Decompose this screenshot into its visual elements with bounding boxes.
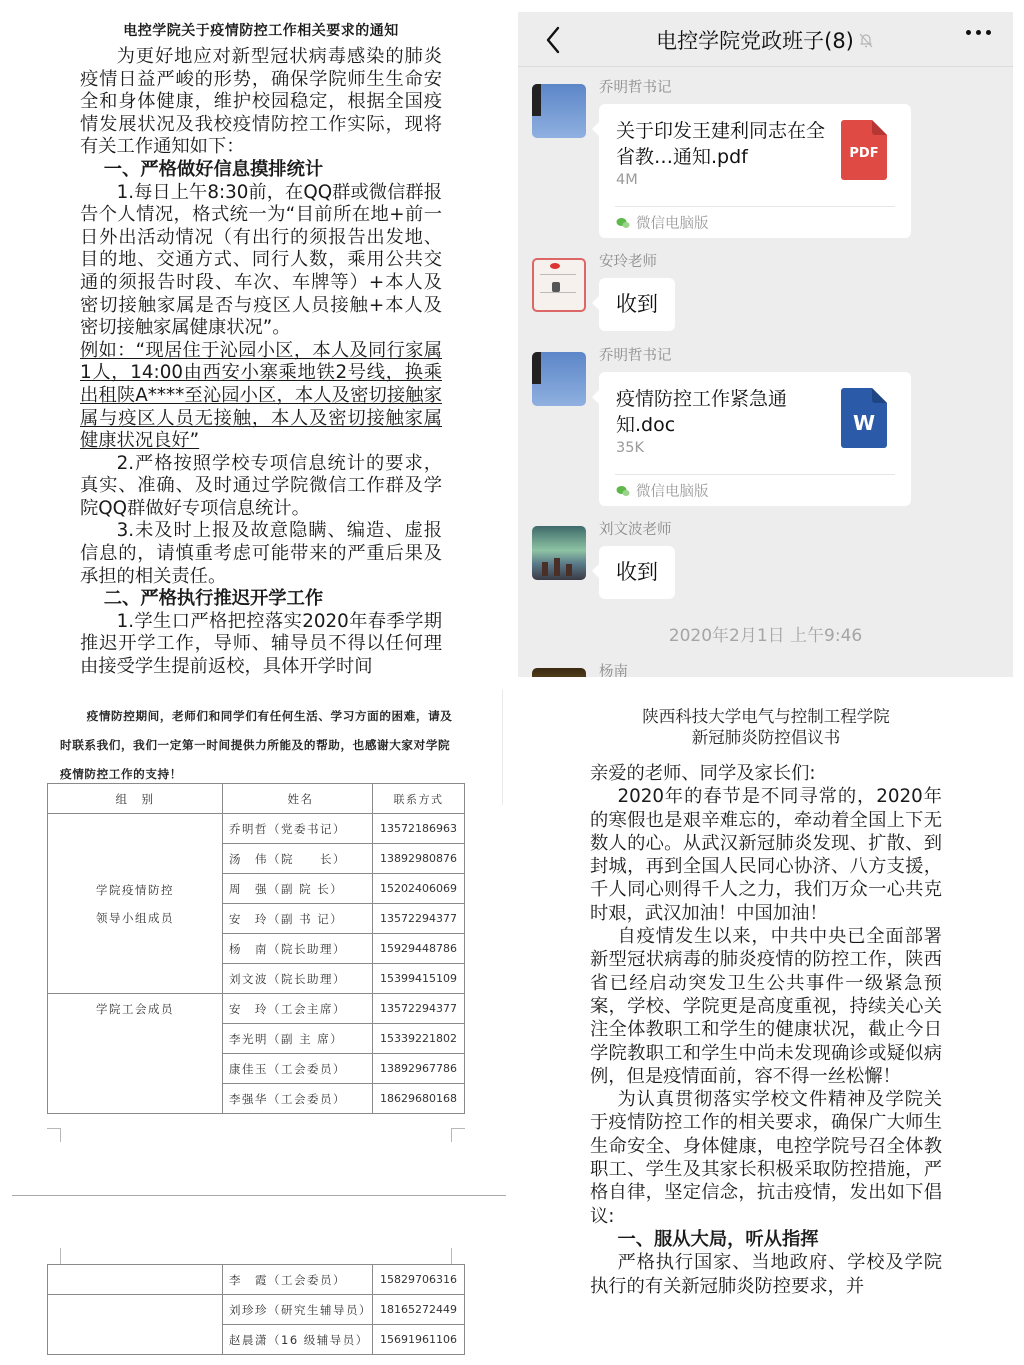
proposal-title: 陕西科技大学电气与控制工程学院 新冠肺炎防控倡议书: [590, 706, 942, 748]
name-cell: 汤 伟（院 长）: [223, 844, 373, 874]
group-cell: [48, 1295, 223, 1355]
avatar[interactable]: [532, 526, 586, 580]
file-source-label: 微信电脑版: [636, 212, 709, 233]
proposal-paragraph: 自疫情发生以来，中共中央已全面部署新型冠状病毒的肺炎疫情的防控工作，陕西省已经启…: [590, 925, 942, 1088]
file-type-label: W: [841, 411, 887, 435]
table-row: 李 霞（工会委员） 15829706316: [48, 1265, 465, 1295]
wechat-icon: [616, 217, 630, 229]
notice-intro: 为更好地应对新型冠状病毒感染的肺炎疫情日益严峻的形势，确保学院师生生命安全和身体…: [80, 46, 442, 159]
file-source-label: 微信电脑版: [636, 480, 709, 501]
sender-name: 安玲老师: [599, 250, 657, 271]
name-cell: 安 玲（副 书 记）: [223, 904, 373, 934]
name-cell: 李强华（工会委员）: [223, 1084, 373, 1114]
sender-name: 杨南: [599, 660, 628, 677]
text-message-bubble[interactable]: 收到: [599, 278, 675, 331]
avatar[interactable]: [532, 84, 586, 138]
notice-section-1: 一、严格做好信息摸排统计: [80, 159, 442, 182]
phone-cell: 15929448786: [373, 934, 465, 964]
proposal-paragraph: 2020年的春节是不同寻常的，2020年的寒假也是艰辛难忘的，牵动着全国上下无数…: [590, 785, 942, 925]
proposal-document: 陕西科技大学电气与控制工程学院 新冠肺炎防控倡议书 亲爱的老师、同学及家长们: …: [590, 706, 942, 1365]
name-cell: 周 强（副 院 长）: [223, 874, 373, 904]
table-row: 刘珍珍（研究生辅导员） 18165272449: [48, 1295, 465, 1325]
phone-cell: 15399415109: [373, 964, 465, 994]
phone-cell: 15339221802: [373, 1024, 465, 1054]
notice-title: 电控学院关于疫情防控工作相关要求的通知: [80, 18, 442, 46]
divider: [615, 474, 895, 475]
name-cell: 刘文波（院长助理）: [223, 964, 373, 994]
chat-header: 电控学院党政班子(8): [518, 12, 1013, 67]
table-header-row: 组 别 姓名 联系方式: [48, 784, 465, 814]
name-cell: 李光明（副 主 席）: [223, 1024, 373, 1054]
column-header-name: 姓名: [223, 784, 373, 814]
file-size: 35K: [616, 440, 644, 456]
phone-cell: 13572294377: [373, 994, 465, 1024]
proposal-section-1: 一、服从大局，听从指挥: [590, 1228, 942, 1251]
phone-cell: 13572186963: [373, 814, 465, 844]
file-name: 关于印发王建利同志在全省教…通知.pdf: [616, 118, 826, 170]
sender-name: 乔明哲书记: [599, 344, 672, 365]
notice-item-1: 1.每日上午8:30前，在QQ群或微信群报告个人情况，格式统一为“目前所在地+前…: [80, 182, 442, 340]
group-cell: [48, 1265, 223, 1295]
avatar[interactable]: [532, 668, 586, 677]
back-button[interactable]: [536, 22, 570, 58]
sender-name: 乔明哲书记: [599, 76, 672, 97]
contact-table: 组 别 姓名 联系方式 学院疫情防控 领导小组成员 乔明哲（党委书记） 1357…: [47, 783, 465, 1114]
file-message-bubble[interactable]: 疫情防控工作紧急通知.doc 35K W 微信电脑版: [599, 372, 911, 506]
contact-table-continued: 李 霞（工会委员） 15829706316 刘珍珍（研究生辅导员） 181652…: [47, 1264, 465, 1355]
avatar[interactable]: [532, 258, 586, 312]
column-header-contact: 联系方式: [373, 784, 465, 814]
word-file-icon: W: [841, 388, 887, 448]
name-cell: 安 玲（工会主席）: [223, 994, 373, 1024]
file-type-label: PDF: [841, 146, 887, 161]
ellipsis-icon: [966, 30, 971, 35]
sender-name: 刘文波老师: [599, 518, 672, 539]
contact-list-document: 疫情防控期间，老师们和同学们有任何生活、学习方面的困难，请及时联系我们，我们一定…: [0, 690, 512, 1365]
proposal-paragraph: 为认真贯彻落实学校文件精神及学院关于疫情防控工作的相关要求，确保广大师生生命安全…: [590, 1088, 942, 1228]
phone-cell: 15202406069: [373, 874, 465, 904]
phone-cell: 15691961106: [373, 1325, 465, 1355]
crop-mark: [47, 1128, 61, 1142]
notice-item-4: 1.学生口严格把控落实2020年春季学期推迟开学工作，导师、辅导员不得以任何理由…: [80, 611, 442, 678]
crop-mark: [451, 1128, 465, 1142]
divider: [502, 690, 503, 805]
file-size: 4M: [616, 172, 638, 188]
chat-timestamp: 2020年2月1日 上午9:46: [518, 621, 1013, 646]
crop-mark: [451, 1248, 465, 1264]
name-cell: 杨 南（院长助理）: [223, 934, 373, 964]
divider: [615, 206, 895, 207]
file-message-bubble[interactable]: 关于印发王建利同志在全省教…通知.pdf 4M PDF 微信电脑版: [599, 104, 911, 238]
phone-cell: 13892980876: [373, 844, 465, 874]
notice-example: 例如：“现居住于沁园小区，本人及同行家属1人，14:00由西安小寨乘地铁2号线，…: [80, 340, 442, 453]
contacts-intro: 疫情防控期间，老师们和同学们有任何生活、学习方面的困难，请及时联系我们，我们一定…: [60, 702, 460, 789]
file-name: 疫情防控工作紧急通知.doc: [616, 386, 826, 438]
name-cell: 乔明哲（党委书记）: [223, 814, 373, 844]
name-cell: 康佳玉（工会委员）: [223, 1054, 373, 1084]
group-cell: 学院疫情防控 领导小组成员: [48, 814, 223, 994]
notice-section-2: 二、严格执行推迟开学工作: [80, 588, 442, 611]
avatar[interactable]: [532, 352, 586, 406]
table-row: 学院疫情防控 领导小组成员 乔明哲（党委书记） 13572186963: [48, 814, 465, 844]
table-row: 学院工会成员 安 玲（工会主席） 13572294377: [48, 994, 465, 1024]
proposal-salutation: 亲爱的老师、同学及家长们:: [590, 762, 942, 785]
name-cell: 刘珍珍（研究生辅导员）: [223, 1295, 373, 1325]
column-header-group: 组 别: [48, 784, 223, 814]
wechat-icon: [616, 485, 630, 497]
bell-off-icon: [857, 31, 875, 49]
pdf-file-icon: PDF: [841, 120, 887, 180]
notice-document: 电控学院关于疫情防控工作相关要求的通知 为更好地应对新型冠状病毒感染的肺炎疫情日…: [80, 18, 442, 678]
text-message-bubble[interactable]: 收到: [599, 546, 675, 599]
page-separator: [12, 1195, 506, 1196]
crop-mark: [47, 1248, 61, 1264]
proposal-paragraph: 严格执行国家、当地政府、学校及学院执行的有关新冠肺炎防控要求，并: [590, 1251, 942, 1298]
notice-item-3: 3.未及时上报及故意隐瞒、编造、虚报信息的，请慎重考虑可能带来的严重后果及承担的…: [80, 520, 442, 588]
phone-cell: 13892967786: [373, 1054, 465, 1084]
chevron-left-icon: [545, 26, 561, 54]
phone-cell: 18165272449: [373, 1295, 465, 1325]
phone-cell: 18629680168: [373, 1084, 465, 1114]
phone-cell: 15829706316: [373, 1265, 465, 1295]
group-cell: 学院工会成员: [48, 994, 223, 1114]
wechat-chat-window: 电控学院党政班子(8) 乔明哲书记 关于印发王建利同志在全省教…通知.pdf 4…: [518, 12, 1013, 677]
more-options-button[interactable]: [966, 30, 991, 35]
name-cell: 赵晨潇（16 级辅导员）: [223, 1325, 373, 1355]
notice-item-2: 2.严格按照学校专项信息统计的要求，真实、准确、及时通过学院微信工作群及学院QQ…: [80, 453, 442, 521]
name-cell: 李 霞（工会委员）: [223, 1265, 373, 1295]
chat-title: 电控学院党政班子(8): [656, 25, 854, 55]
phone-cell: 13572294377: [373, 904, 465, 934]
